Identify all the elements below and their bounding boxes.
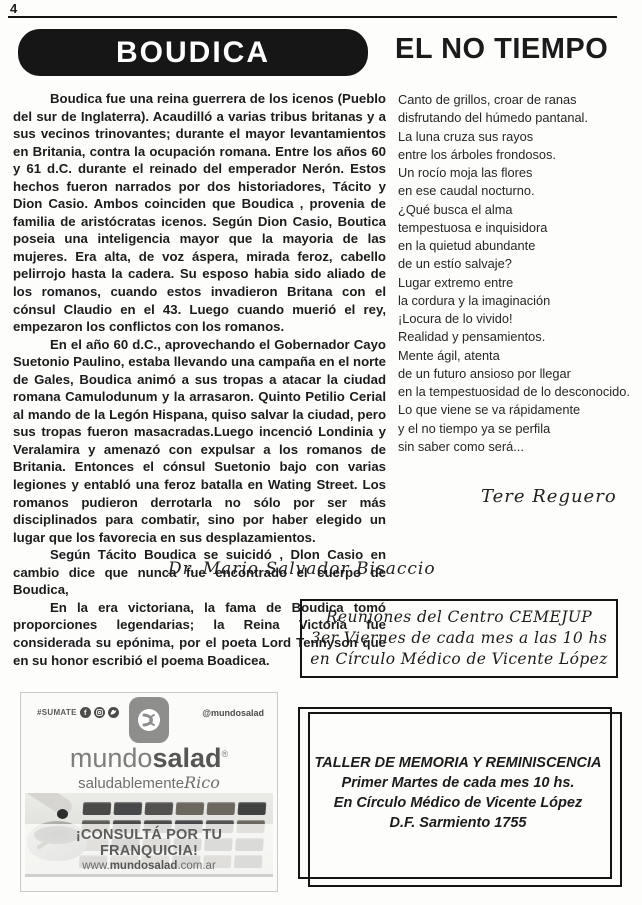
- poem-line: Un rocío moja las flores: [398, 164, 633, 182]
- facebook-icon: f: [80, 707, 91, 718]
- cemejup-line: 3er Viernes de cada mes a las 10 hs: [311, 628, 608, 649]
- article-paragraph: En el año 60 d.C., aprovechando el Gober…: [13, 336, 386, 547]
- poem-line: sin saber como será...: [398, 438, 633, 456]
- ad-handle: @mundosalad: [202, 708, 264, 718]
- taller-line: Primer Martes de cada mes 10 hs.: [302, 773, 614, 793]
- ad-cta-text: ¡CONSULTÁ POR TU FRANQUICIA!: [25, 827, 273, 859]
- poem-line: en ese caudal nocturno.: [398, 182, 633, 200]
- magazine-page: 4 BOUDICA EL NO TIEMPO Boudica fue una r…: [0, 0, 642, 905]
- brand-bold: salad: [152, 743, 221, 773]
- poem-line: disfrutando del húmedo pantanal.: [398, 109, 633, 127]
- poem-line: Lo que viene se va rápidamente: [398, 401, 633, 419]
- twitter-icon: [108, 707, 119, 718]
- sumate-label: #SUMATE: [37, 708, 77, 717]
- leaf-swirl-logo-icon: [129, 697, 169, 743]
- taller-announcement: TALLER DE MEMORIA Y REMINISCENCIA Primer…: [302, 753, 614, 833]
- tagline-script: Rico: [184, 773, 220, 792]
- poem-line: en la tempestuosidad de lo desconocido.: [398, 383, 633, 401]
- url-post: .com.ar: [177, 860, 215, 872]
- poem-line: Mente ágil, atenta: [398, 347, 633, 365]
- poem-line: La luna cruza sus rayos: [398, 128, 633, 146]
- poem-line: Lugar extremo entre: [398, 274, 633, 292]
- article-title: BOUDICA: [116, 36, 270, 70]
- ad-cta-strip: ¡CONSULTÁ POR TU FRANQUICIA! www.mundosa…: [25, 824, 273, 874]
- poem-line: la cordura y la imaginación: [398, 292, 633, 310]
- poem-line: tempestuosa e inquisidora: [398, 219, 633, 237]
- ad-brand-name: mundosalad®: [21, 743, 277, 774]
- taller-line: En Círculo Médico de Vicente López: [302, 793, 614, 813]
- poem-line: entre los árboles frondosos.: [398, 146, 633, 164]
- poem-line: y el no tiempo ya se perfila: [398, 420, 633, 438]
- url-bold: mundosalad: [110, 860, 178, 872]
- poem-title: EL NO TIEMPO: [395, 33, 608, 66]
- poem-line: en la quietud abundante: [398, 237, 633, 255]
- url-pre: www.: [82, 860, 109, 872]
- cemejup-line: en Círculo Médico de Vicente López: [310, 649, 608, 670]
- ad-social-row: #SUMATE f: [37, 707, 119, 718]
- tagline-plain: saludablemente: [78, 775, 184, 792]
- poem-line: ¡Locura de lo vivido!: [398, 310, 633, 328]
- poem-line: Realidad y pensamientos.: [398, 328, 633, 346]
- poem-line: ¿Qué busca el alma: [398, 201, 633, 219]
- poem-body: Canto de grillos, croar de ranas disfrut…: [398, 91, 633, 456]
- ad-url: www.mundosalad.com.ar: [25, 860, 273, 872]
- poem-line: Canto de grillos, croar de ranas: [398, 91, 633, 109]
- poem-line: de un futuro ansioso por llegar: [398, 365, 633, 383]
- hand-item-photo-element: [57, 809, 68, 819]
- top-rule: [8, 16, 617, 18]
- ad-photo: ¡CONSULTÁ POR TU FRANQUICIA! www.mundosa…: [25, 793, 273, 877]
- article-title-banner: BOUDICA: [18, 29, 368, 76]
- brand-light: mundo: [70, 743, 153, 773]
- taller-line: TALLER DE MEMORIA Y REMINISCENCIA: [302, 753, 614, 773]
- cemejup-line: Reuniones del Centro CEMEJUP: [326, 607, 592, 628]
- instagram-icon: [94, 707, 105, 718]
- article-paragraph: Boudica fue una reina guerrera de los ic…: [13, 90, 386, 336]
- article-body: Boudica fue una reina guerrera de los ic…: [13, 90, 386, 669]
- poem-author-signature: Tere Reguero: [481, 486, 617, 507]
- registered-mark: ®: [221, 749, 228, 759]
- page-number: 4: [10, 1, 17, 16]
- mundosalad-ad: #SUMATE f @mundosalad mundosalad® saluda…: [20, 692, 278, 892]
- cemejup-announcement-box: Reuniones del Centro CEMEJUP 3er Viernes…: [300, 599, 618, 678]
- ad-tagline: saludablementeRico: [21, 773, 277, 792]
- poem-line: de un estío salvaje?: [398, 255, 633, 273]
- taller-line: D.F. Sarmiento 1755: [302, 813, 614, 833]
- article-author-signature: Dr. Mario Salvador Bisaccio: [168, 559, 436, 579]
